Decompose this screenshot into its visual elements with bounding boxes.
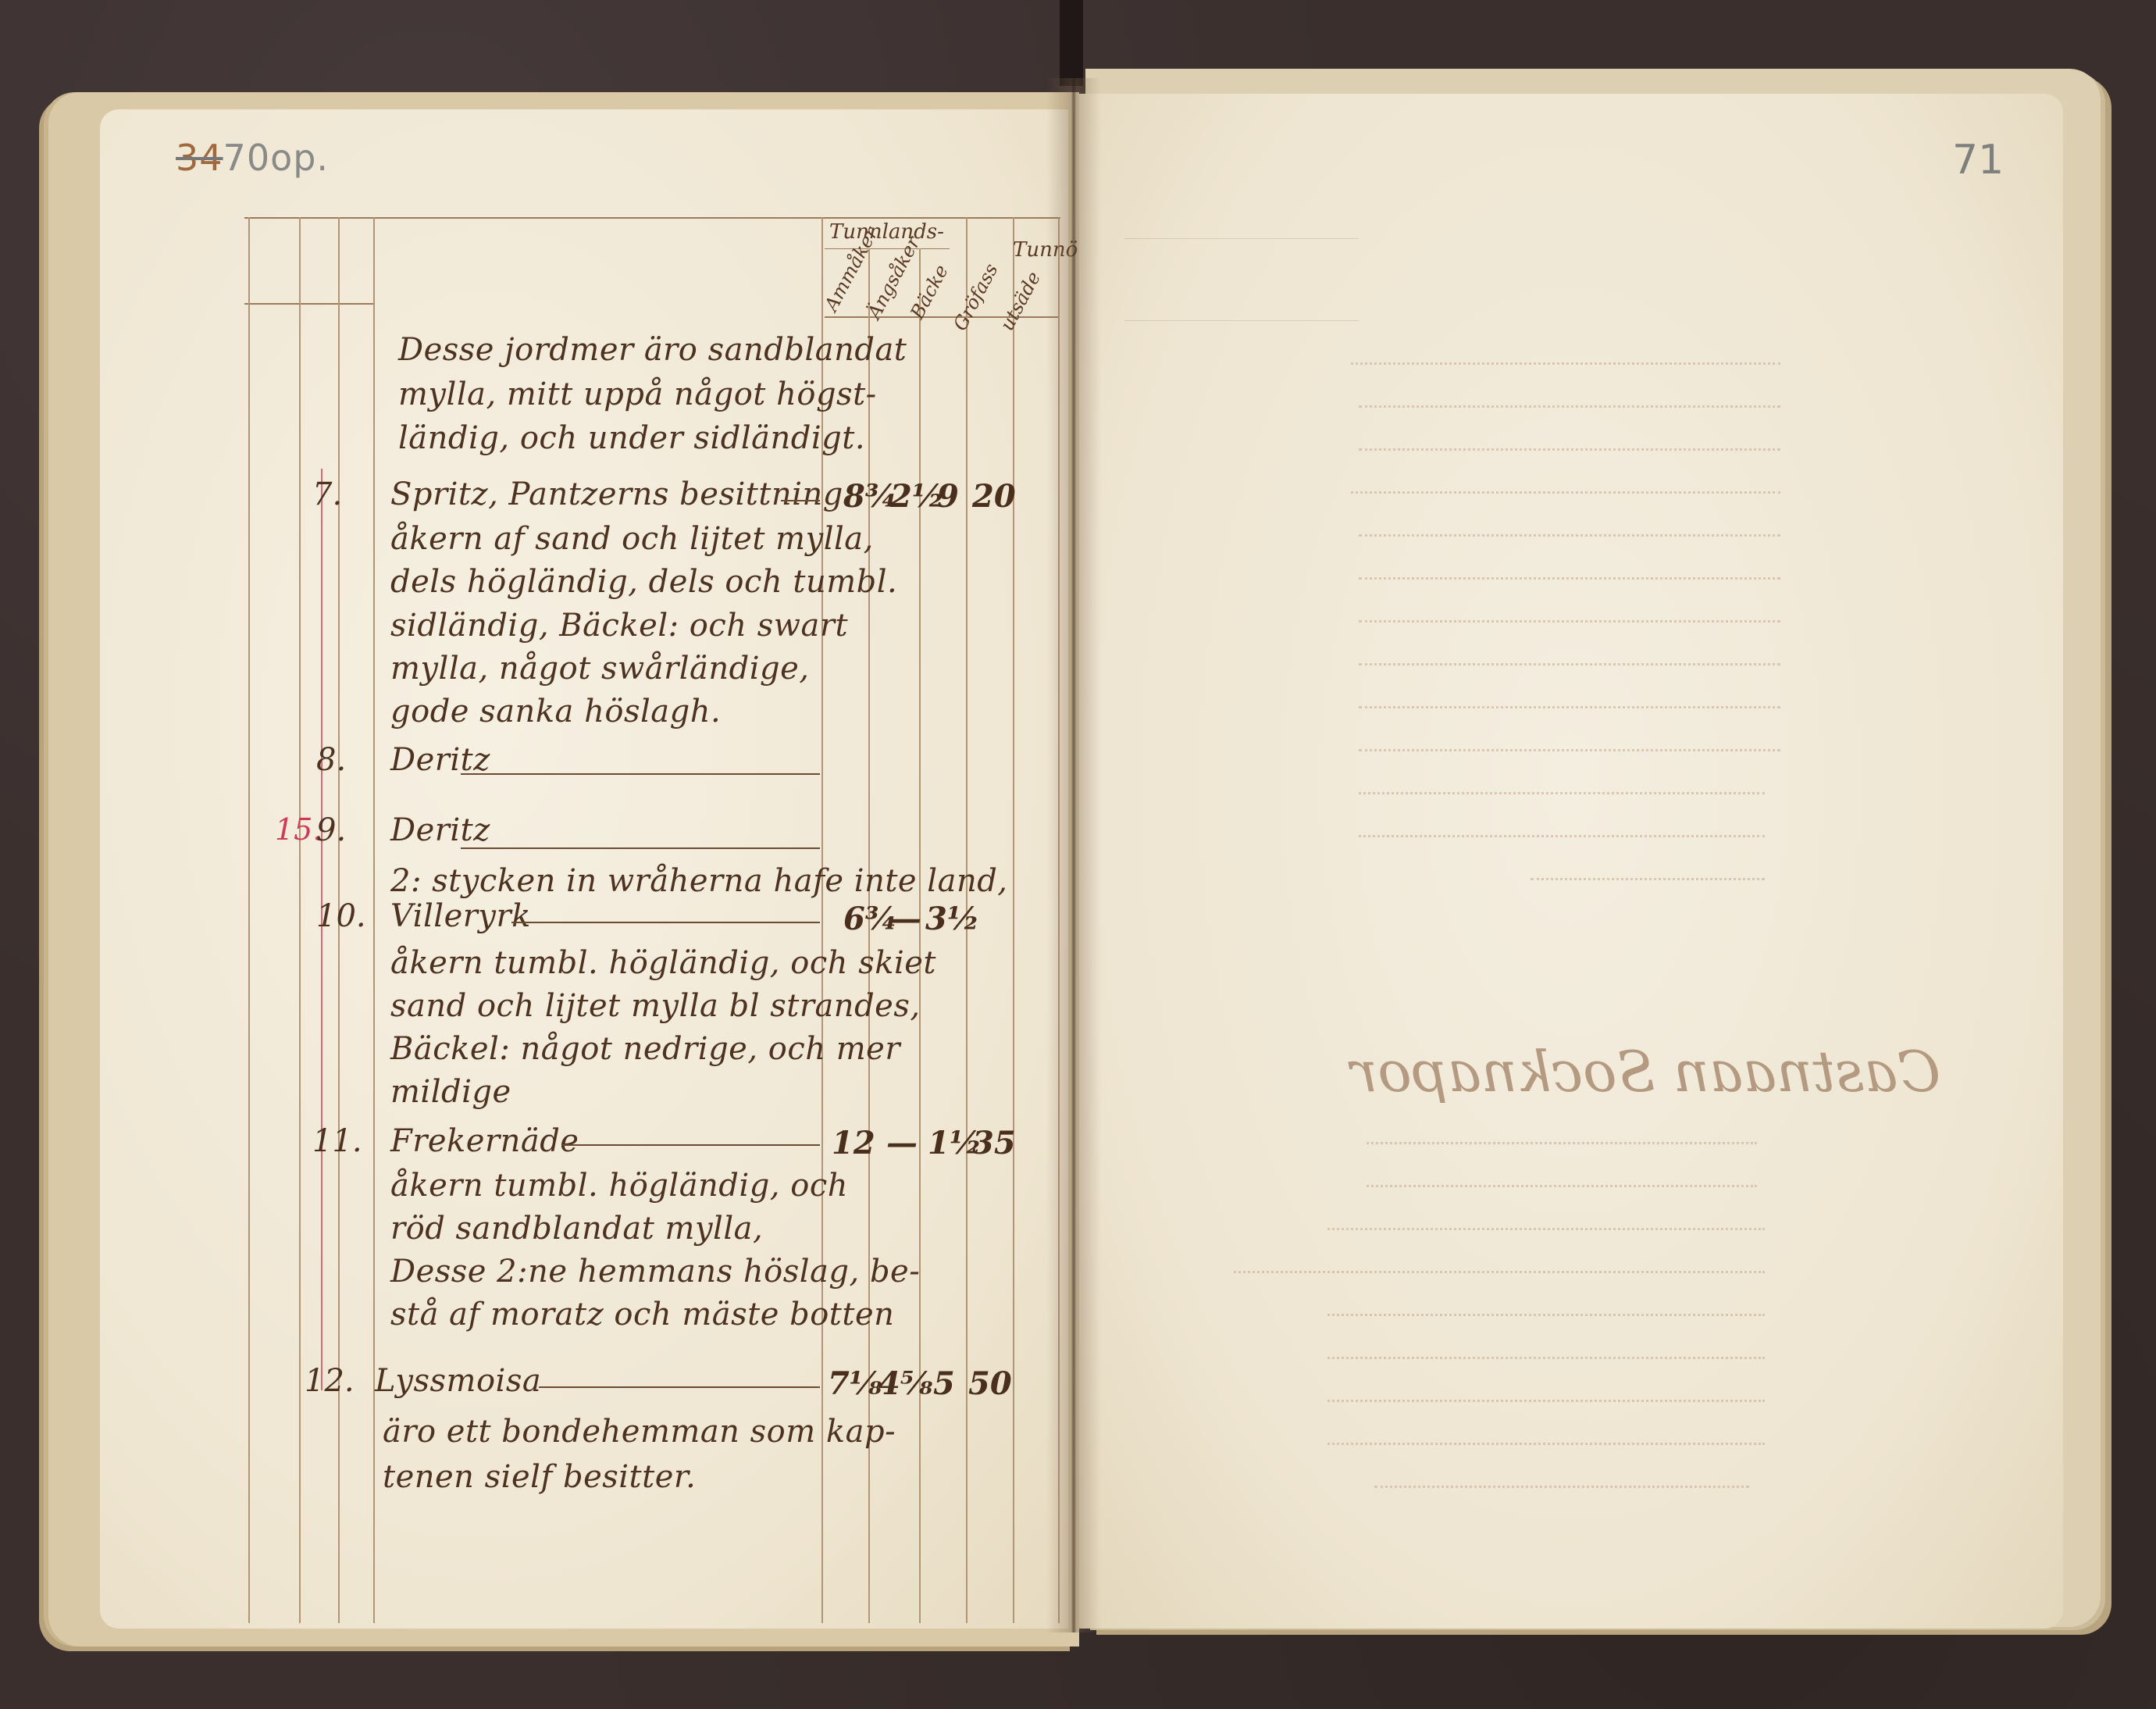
margin-col-2 xyxy=(299,217,301,1623)
entry-description: åkern af sand och lijtet mylla, xyxy=(390,521,874,557)
ghost-header-rule xyxy=(1124,320,1359,321)
entry-description: åkern tumbl. högländig, och skiet xyxy=(390,945,936,981)
value-col-3: 5 xyxy=(933,1365,955,1402)
offset-line xyxy=(1327,1297,1765,1316)
offset-line xyxy=(1359,687,1780,708)
entry-number: 7. xyxy=(312,476,342,512)
entry-number: 9. xyxy=(316,812,346,848)
pencil-page-number: 70op. xyxy=(223,137,330,179)
entry-description: sand och lijtet mylla bl strandes, xyxy=(390,988,921,1024)
offset-line xyxy=(1327,1340,1765,1359)
offset-line xyxy=(1327,1211,1765,1230)
leader-line xyxy=(781,500,820,501)
entry-description: Bäckel: något nedrige, och mer xyxy=(390,1031,900,1067)
struck-page-number: 34 xyxy=(176,137,223,179)
entry-name: Deritz xyxy=(390,812,490,848)
spine-gap xyxy=(1060,0,1083,86)
offset-line xyxy=(1367,1168,1757,1187)
value-col-3: 9 xyxy=(937,478,959,515)
entry-name: Frekernäde xyxy=(390,1123,579,1159)
value-col-4: 35 xyxy=(972,1125,1016,1161)
entry-description: stå af moratz och mäste botten xyxy=(390,1297,894,1333)
entry-number: 12. xyxy=(305,1363,355,1399)
entry-description: sidländig, Bäckel: och swart xyxy=(390,608,848,644)
entry-description: gode sanka höslagh. xyxy=(390,694,721,730)
value-col-1: 12 xyxy=(832,1125,875,1161)
leader-line xyxy=(539,1386,820,1388)
top-rule xyxy=(244,217,1060,219)
offset-line xyxy=(1359,773,1765,794)
book-gutter xyxy=(1046,78,1101,1632)
value-col-1: 7⅛ xyxy=(828,1365,882,1402)
value-col-2: — xyxy=(886,1125,918,1161)
entry-description: mylla, något swårländige, xyxy=(390,651,810,687)
margin-col-1 xyxy=(248,217,250,1623)
offset-line xyxy=(1359,430,1780,451)
entry-description: Desse 2:ne hemmans höslag, be- xyxy=(390,1254,920,1290)
entry-description: 2: stycken in wråherna hafe inte land, xyxy=(390,863,1008,899)
offset-line xyxy=(1234,1254,1765,1273)
offset-heading-mirrored: Castnaan Socknapor xyxy=(1351,1039,1940,1104)
intro-line: Desse jordmer äro sandblandat xyxy=(398,332,907,368)
offset-line xyxy=(1351,473,1780,494)
entry-name: Lyssmoisa xyxy=(375,1363,541,1399)
offset-line xyxy=(1359,644,1780,665)
offset-line xyxy=(1359,730,1780,751)
entry-description: tenen sielf besitter. xyxy=(383,1459,696,1495)
num-col-4 xyxy=(1013,217,1014,1623)
header-box-rule xyxy=(244,303,373,305)
red-bracket-number: 15. xyxy=(275,812,322,847)
offset-line xyxy=(1359,558,1780,580)
intro-line: ländig, och under sidländigt. xyxy=(398,420,865,456)
group-header-rule xyxy=(825,248,950,249)
left-page-number: 3470op. xyxy=(176,137,329,179)
entry-name: Spritz, Pantzerns besittning xyxy=(390,476,843,512)
text-col-left xyxy=(373,217,375,1623)
entry-name: Villeryrk xyxy=(390,898,531,934)
offset-line xyxy=(1351,344,1780,365)
entry-number: 11. xyxy=(312,1123,362,1159)
value-col-3: 3½ xyxy=(925,901,980,937)
offset-line xyxy=(1327,1383,1765,1402)
ghost-header-rule xyxy=(1124,238,1359,239)
offset-line xyxy=(1367,1125,1757,1144)
entry-description: äro ett bondehemman som kap- xyxy=(383,1414,896,1450)
entry-description: åkern tumbl. högländig, och xyxy=(390,1168,848,1204)
entry-description: dels högländig, dels och tumbl. xyxy=(390,564,897,600)
entry-number: 10. xyxy=(316,898,366,934)
value-col-4: 20 xyxy=(972,478,1016,515)
value-col-2: — xyxy=(890,901,921,937)
offset-line xyxy=(1359,816,1765,837)
entry-number: 8. xyxy=(316,742,346,778)
entry-description: röd sandblandat mylla, xyxy=(390,1211,763,1247)
offset-line xyxy=(1359,601,1780,623)
value-col-2: 4⅝ xyxy=(878,1365,932,1402)
leader-line xyxy=(461,847,820,849)
leader-line xyxy=(511,922,820,923)
entry-description: mildige xyxy=(390,1074,511,1110)
header-group-tunnland: Tunnlands- xyxy=(829,220,944,244)
value-col-4: 50 xyxy=(968,1365,1012,1402)
offset-line xyxy=(1327,1425,1765,1445)
offset-line xyxy=(1374,1468,1749,1488)
offset-line xyxy=(1359,387,1780,408)
right-page-number: 71 xyxy=(1952,137,2004,184)
intro-line: mylla, mitt uppå något högst- xyxy=(398,376,877,412)
leader-line xyxy=(461,773,820,775)
offset-line xyxy=(1359,516,1780,537)
offset-line xyxy=(1531,859,1765,880)
leader-line xyxy=(562,1144,820,1146)
